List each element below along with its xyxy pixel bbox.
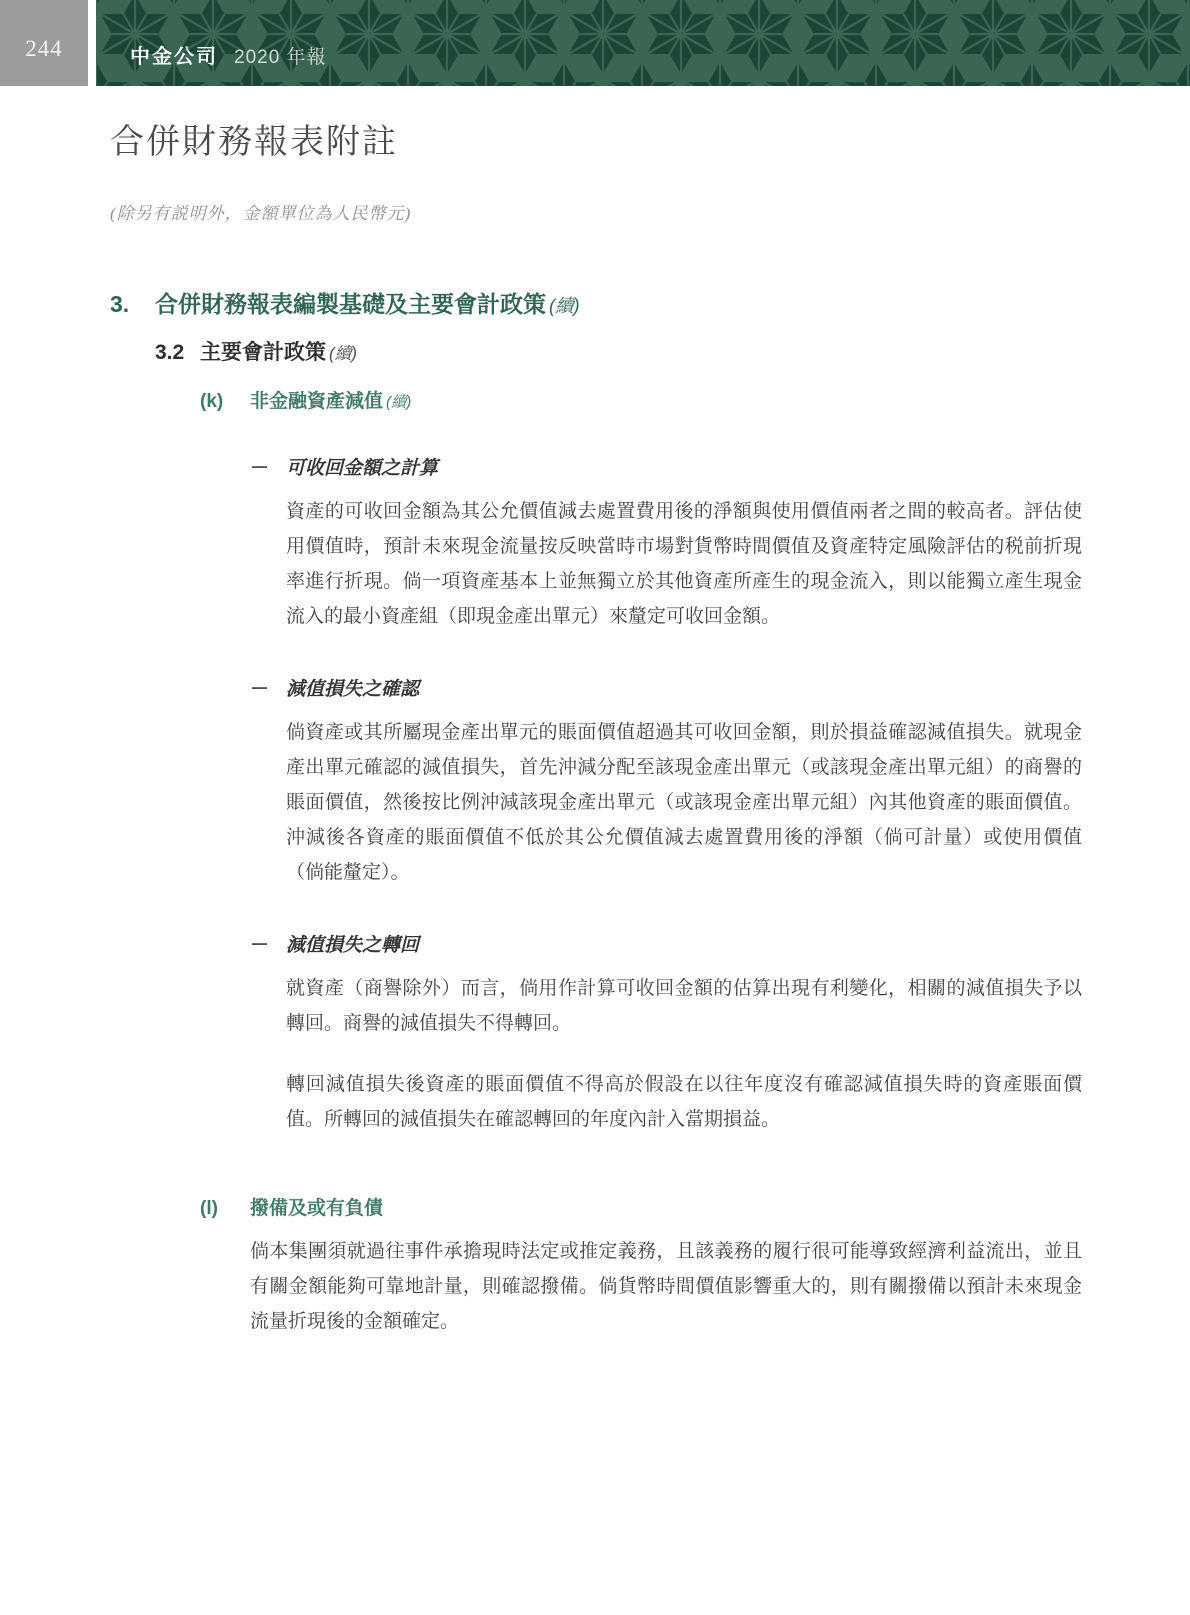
- dash-bullet: －: [250, 930, 286, 957]
- section-l-heading: (l) 撥備及或有負債: [200, 1193, 1190, 1220]
- paragraph: 資產的可收回金額為其公允價值減去處置費用後的淨額與使用價值兩者之間的較高者。評估…: [286, 494, 1082, 634]
- page-number-box: 244: [0, 0, 88, 86]
- page-header: 244: [0, 0, 1190, 86]
- section-3-continued: (續): [549, 295, 580, 316]
- dash-bullet: －: [250, 674, 286, 701]
- subsection-heading-impairment-reversal: － 減值損失之轉回: [250, 930, 1190, 957]
- section-l-title: 撥備及或有負債: [250, 1193, 383, 1220]
- section-3-title-text: 合併財務報表編製基礎及主要會計政策: [155, 291, 546, 317]
- currency-note: (除另有説明外，金額單位為人民幣元): [110, 199, 1190, 224]
- report-year: 2020 年報: [234, 42, 327, 69]
- company-name: 中金公司: [130, 40, 218, 69]
- section-3-number: 3.: [110, 291, 155, 318]
- page-number: 244: [25, 36, 63, 62]
- section-k-heading: (k) 非金融資產減值(續): [200, 386, 1190, 413]
- paragraph: 倘資產或其所屬現金產出單元的賬面價值超過其可收回金額，則於損益確認減值損失。就現…: [286, 715, 1082, 890]
- section-3-2-number: 3.2: [155, 341, 200, 365]
- section-k-title: 非金融資產減值(續): [250, 386, 411, 413]
- section-3-2-heading: 3.2 主要會計政策(續): [155, 336, 1190, 366]
- section-3-heading: 3. 合併財務報表編製基礎及主要會計政策(續): [110, 286, 1190, 319]
- section-k-title-text: 非金融資產減值: [250, 391, 383, 412]
- section-3-2-title-text: 主要會計政策: [200, 341, 326, 364]
- section-3-2-continued: (續): [329, 344, 357, 363]
- section-k-continued: (續): [386, 394, 411, 411]
- subsection-heading-impairment-recognition: － 減值損失之確認: [250, 674, 1190, 701]
- brand: 中金公司 2020 年報: [130, 40, 327, 69]
- subsection-heading-text: 減值損失之確認: [286, 674, 419, 701]
- section-k-number: (k): [200, 391, 250, 413]
- subsection-heading-text: 減值損失之轉回: [286, 930, 419, 957]
- page-title: 合併財務報表附註: [110, 114, 1190, 163]
- subsection-heading-text: 可收回金額之計算: [286, 453, 438, 480]
- section-3-title: 合併財務報表編製基礎及主要會計政策(續): [155, 286, 580, 319]
- report-page: 244: [0, 0, 1190, 1615]
- paragraph: 就資產（商譽除外）而言，倘用作計算可收回金額的估算出現有利變化，相關的減值損失予…: [286, 971, 1082, 1041]
- subsection-heading-recoverable-amount: － 可收回金額之計算: [250, 453, 1190, 480]
- section-l-number: (l): [200, 1198, 250, 1220]
- paragraph: 倘本集團須就過往事件承擔現時法定或推定義務，且該義務的履行很可能導致經濟利益流出…: [250, 1234, 1082, 1339]
- section-3-2-title: 主要會計政策(續): [200, 336, 357, 366]
- dash-bullet: －: [250, 453, 286, 480]
- paragraph: 轉回減值損失後資產的賬面價值不得高於假設在以往年度沒有確認減值損失時的資產賬面價…: [286, 1067, 1082, 1137]
- header-banner: 中金公司 2020 年報: [96, 0, 1190, 86]
